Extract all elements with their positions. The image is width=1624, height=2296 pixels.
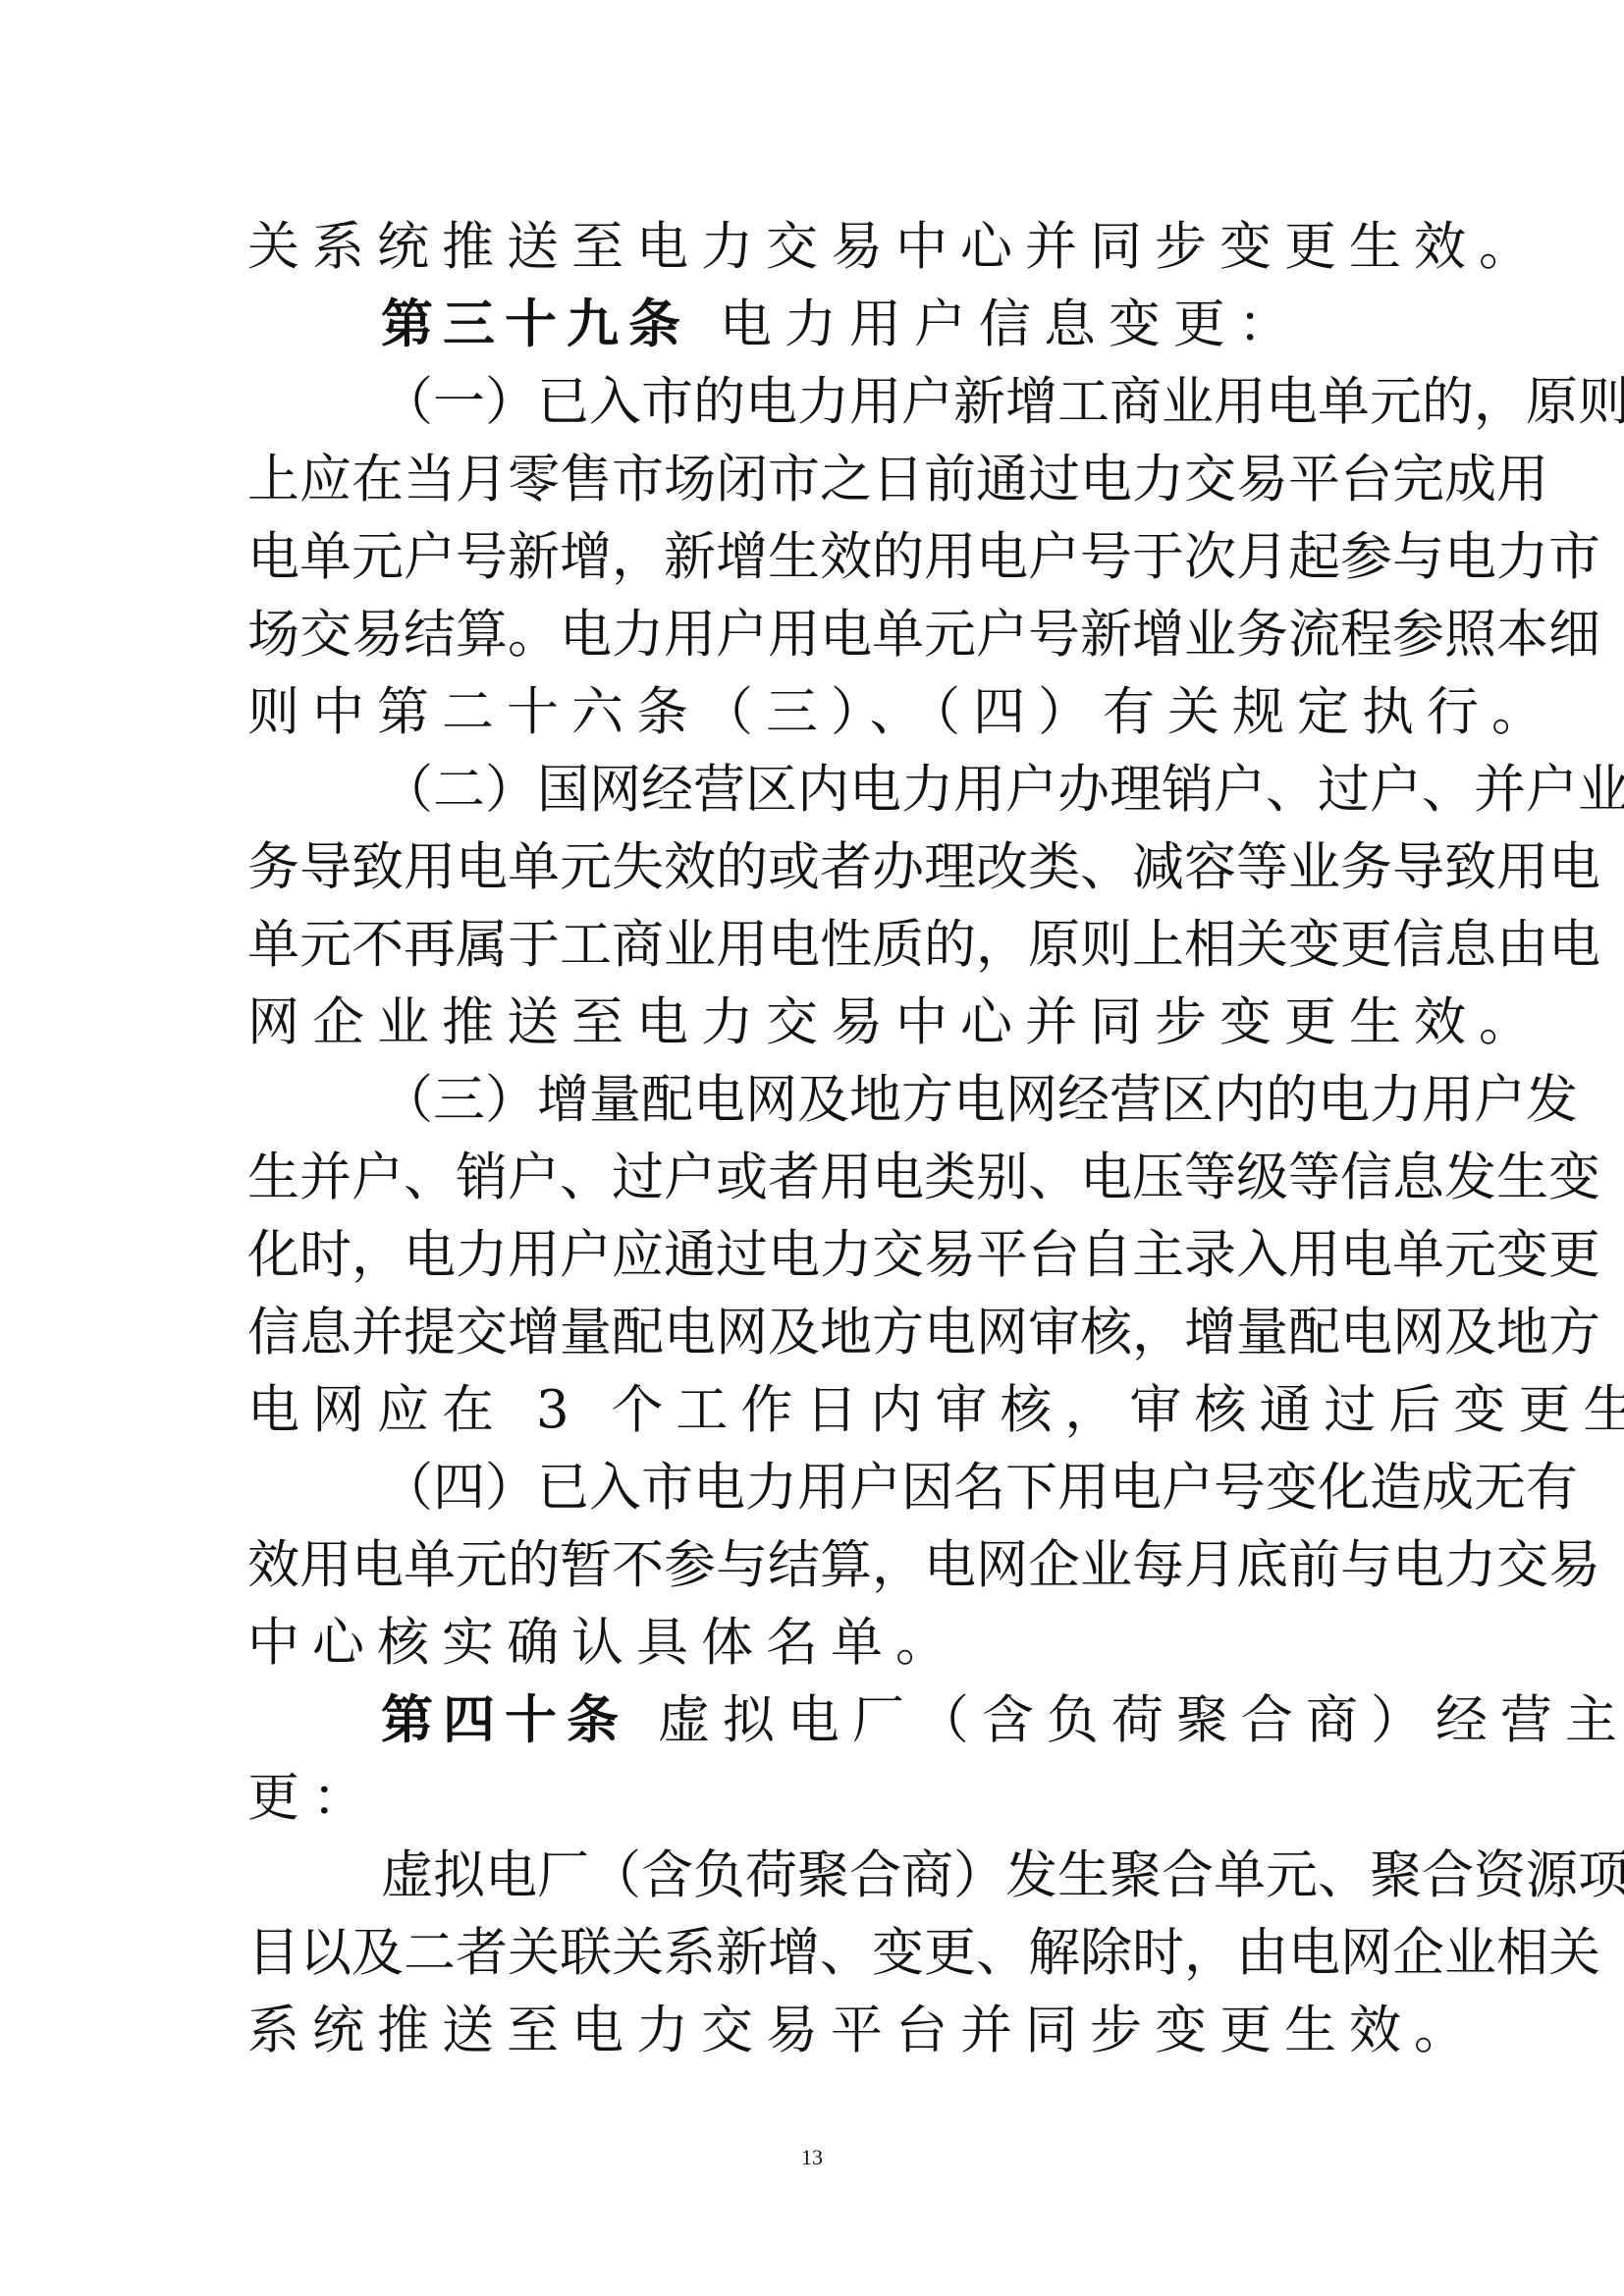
text-line: 上应在当月零售市场闭市之日前通过电力交易平台完成用 [247, 441, 1386, 518]
text-line: 目以及二者关联关系新增、变更、解除时，由电网企业相关 [247, 1914, 1386, 1992]
text-line: 务导致用电单元失效的或者办理改类、减容等业务导致用电 [247, 828, 1386, 906]
article-39-title: 电力用户信息变更： [720, 294, 1303, 354]
text-line: （一）已入市的电力用户新增工商业用电单元的，原则 [247, 363, 1386, 441]
text-line: 电网应在 3 个工作日内审核，审核通过后变更生效。 [247, 1371, 1386, 1449]
text-line: 化时，电力用户应通过电力交易平台自主录入用电单元变更 [247, 1216, 1386, 1294]
text-line: 信息并提交增量配电网及地方电网审核，增量配电网及地方 [247, 1294, 1386, 1371]
page-number: 13 [0, 2145, 1624, 2170]
text-line: （三）增量配电网及地方电网经营区内的电力用户发 [247, 1061, 1386, 1139]
article-40-heading-line: 第四十条 虚拟电厂（含负荷聚合商）经营主体信息变 [247, 1682, 1386, 1759]
article-39-number: 第三十九条 [381, 294, 690, 354]
text-line: 更： [247, 1759, 1386, 1837]
text-line: 虚拟电厂（含负荷聚合商）发生聚合单元、聚合资源项 [247, 1837, 1386, 1914]
text-line: （二）国网经营区内电力用户办理销户、过户、并户业 [247, 751, 1386, 828]
text-line: 网企业推送至电力交易中心并同步变更生效。 [247, 984, 1386, 1061]
text-line: 单元不再属于工商业用电性质的，原则上相关变更信息由电 [247, 906, 1386, 984]
text-line: 电单元户号新增，新增生效的用电户号于次月起参与电力市 [247, 518, 1386, 596]
document-body: 关系统推送至电力交易中心并同步变更生效。 第三十九条 电力用户信息变更： （一）… [247, 208, 1386, 2069]
article-40-title: 虚拟电厂（含负荷聚合商）经营主体信息变 [658, 1690, 1624, 1750]
text-line: 系统推送至电力交易平台并同步变更生效。 [247, 1992, 1386, 2069]
article-39-heading-line: 第三十九条 电力用户信息变更： [247, 286, 1386, 363]
text-line: 生并户、销户、过户或者用电类别、电压等级等信息发生变 [247, 1139, 1386, 1216]
text-line: 关系统推送至电力交易中心并同步变更生效。 [247, 208, 1386, 286]
text-line: （四）已入市电力用户因名下用电户号变化造成无有 [247, 1449, 1386, 1526]
article-40-number: 第四十条 [381, 1689, 628, 1750]
text-line: 场交易结算。电力用户用电单元户号新增业务流程参照本细 [247, 596, 1386, 673]
text-line: 效用电单元的暂不参与结算，电网企业每月底前与电力交易 [247, 1526, 1386, 1604]
text-line: 中心核实确认具体名单。 [247, 1604, 1386, 1682]
text-line: 则中第二十六条（三）、（四）有关规定执行。 [247, 673, 1386, 751]
